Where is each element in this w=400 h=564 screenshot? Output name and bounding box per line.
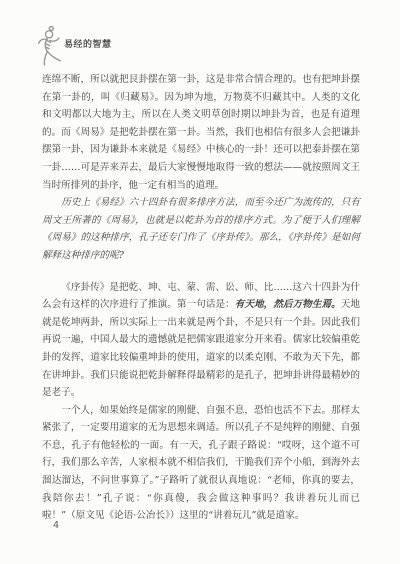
logo-text: 易经的智慧 bbox=[64, 37, 112, 50]
paragraph-xuguazhuan-rest: 天地就是乾坤两卦，所以实际上一出来就是两个卦，不是只有一个卦。因此我们再说一遍，… bbox=[42, 299, 360, 398]
classic-quote-emphasis: 有天地，然后万物生焉。 bbox=[235, 299, 341, 310]
paragraph-xuguazhuan: 《序卦传》是把乾、坤、屯、蒙、需、讼、师、比……这六十四卦为什么会有这样的次序进… bbox=[42, 279, 360, 402]
page-number: 4 bbox=[53, 520, 59, 531]
paragraph-continuation: 连绵不断，所以就把艮卦摆在第一卦，这是非常合情合理的。也有把坤卦摆在第一卦的，叫… bbox=[42, 71, 360, 194]
dancing-figure-icon bbox=[36, 25, 63, 67]
paragraph-kai-note: 历史上《易经》六十四卦有很多排序方法，而至今还广为流传的，只有周文王所著的《周易… bbox=[42, 194, 360, 264]
book-page: 易经的智慧 连绵不断，所以就把艮卦摆在第一卦，这是非常合情合理的。也有把坤卦摆在… bbox=[0, 0, 400, 564]
body-text: 连绵不断，所以就把艮卦摆在第一卦，这是非常合情合理的。也有把坤卦摆在第一卦的，叫… bbox=[42, 71, 360, 525]
series-logo: 易经的智慧 bbox=[36, 25, 112, 67]
paragraph-confucius-story: 一个人，如果始终是儒家的刚健、自强不息，恐怕也活不下去。那样太紧张了，一定要用道… bbox=[42, 402, 360, 525]
